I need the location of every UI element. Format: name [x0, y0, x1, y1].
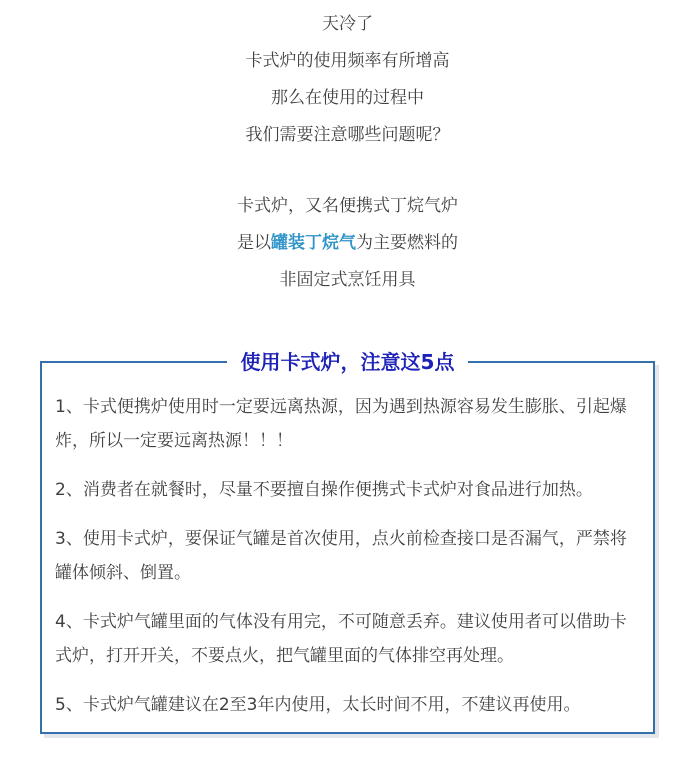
intro-line: 卡式炉的使用频率有所增高 — [40, 43, 655, 80]
intro-line: 非固定式烹饪用具 — [40, 262, 655, 299]
highlighted-keyword: 罐装丁烷气 — [271, 233, 356, 253]
notice-item-3: 3、使用卡式炉，要保证气罐是首次使用，点火前检查接口是否漏气，严禁将罐体倾斜、倒… — [55, 522, 633, 590]
notice-item-5: 5、卡式炉气罐建议在2至3年内使用，太长时间不用，不建议再使用。 — [55, 688, 633, 722]
intro-line: 那么在使用的过程中 — [40, 80, 655, 117]
intro-line: 我们需要注意哪些问题呢？ — [40, 117, 655, 154]
intro-line: 卡式炉，又名便携式丁烷气炉 — [40, 188, 655, 225]
intro-line-prefix: 是以 — [237, 233, 271, 253]
intro-paragraph-1: 天冷了 卡式炉的使用频率有所增高 那么在使用的过程中 我们需要注意哪些问题呢？ — [40, 6, 655, 154]
intro-line: 天冷了 — [40, 6, 655, 43]
notice-item-2: 2、消费者在就餐时，尽量不要擅自操作便携式卡式炉对食品进行加热。 — [55, 473, 633, 507]
article-page: 天冷了 卡式炉的使用频率有所增高 那么在使用的过程中 我们需要注意哪些问题呢？ … — [0, 0, 675, 758]
notice-item-4: 4、卡式炉气罐里面的气体没有用完，不可随意丢弃。建议使用者可以借助卡式炉，打开开… — [55, 605, 633, 673]
notice-item-1: 1、卡式便携炉使用时一定要远离热源，因为遇到热源容易发生膨胀、引起爆炸，所以一定… — [55, 390, 633, 458]
intro-line-with-highlight: 是以罐装丁烷气为主要燃料的 — [40, 225, 655, 262]
intro-line-suffix: 为主要燃料的 — [356, 233, 458, 253]
notice-box-title: 使用卡式炉，注意这5点 — [227, 349, 469, 376]
intro-section: 天冷了 卡式炉的使用频率有所增高 那么在使用的过程中 我们需要注意哪些问题呢？ … — [40, 0, 655, 299]
notice-box: 使用卡式炉，注意这5点 1、卡式便携炉使用时一定要远离热源，因为遇到热源容易发生… — [40, 361, 655, 734]
intro-paragraph-2: 卡式炉，又名便携式丁烷气炉 是以罐装丁烷气为主要燃料的 非固定式烹饪用具 — [40, 188, 655, 299]
